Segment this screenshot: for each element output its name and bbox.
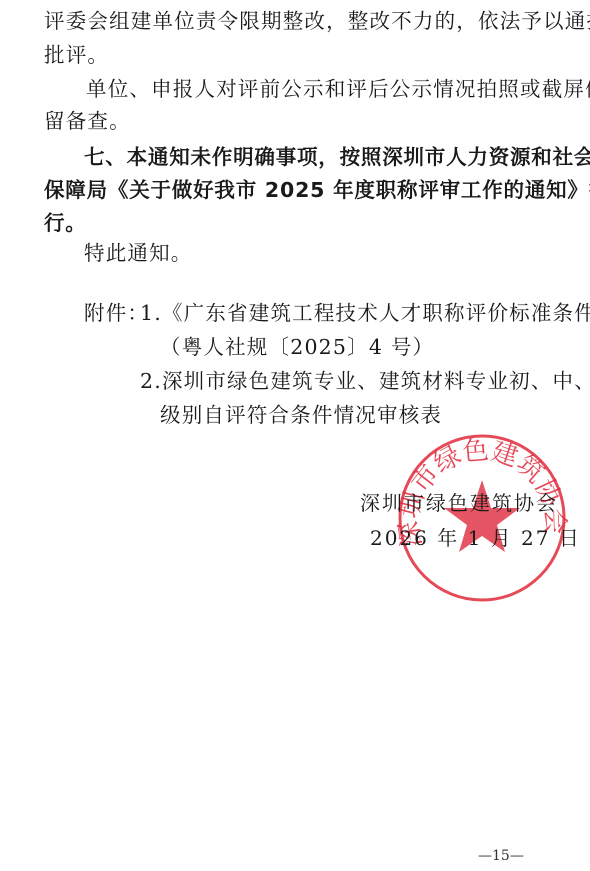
paragraph-2-line-1: 单位、申报人对评前公示和评后公示情况拍照或截屏保 bbox=[86, 72, 590, 102]
paragraph-3-line-1: 七、本通知未作明确事项，按照深圳市人力资源和社会 bbox=[84, 140, 590, 170]
official-seal-icon: 深圳市绿色建筑协会 bbox=[394, 430, 570, 606]
attachment-2-line-1: 2.深圳市绿色建筑专业、建筑材料专业初、中、高 bbox=[140, 364, 590, 394]
attachment-1-line-1: 1.《广东省建筑工程技术人才职称评价标准条件》 bbox=[140, 296, 590, 326]
paragraph-2-line-2: 留备查。 bbox=[44, 104, 131, 134]
attachment-2-line-2: 级别自评符合条件情况审核表 bbox=[160, 398, 442, 428]
paragraph-1-line-1: 评委会组建单位责令限期整改，整改不力的，依法予以通报 bbox=[44, 4, 590, 34]
page-number: —15— bbox=[478, 848, 524, 864]
paragraph-3-line-2: 保障局《关于做好我市 2025 年度职称评审工作的通知》执 bbox=[44, 173, 590, 203]
paragraph-1-line-2: 批评。 bbox=[44, 38, 109, 68]
signature-org: 深圳市绿色建筑协会 bbox=[360, 487, 558, 516]
paragraph-4: 特此通知。 bbox=[84, 236, 193, 266]
paragraph-3-line-3: 行。 bbox=[44, 206, 87, 236]
attachment-1-line-2: （粤人社规〔2025〕4 号） bbox=[160, 330, 434, 360]
signature-date: 2026 年 1 月 27 日 bbox=[370, 522, 581, 551]
